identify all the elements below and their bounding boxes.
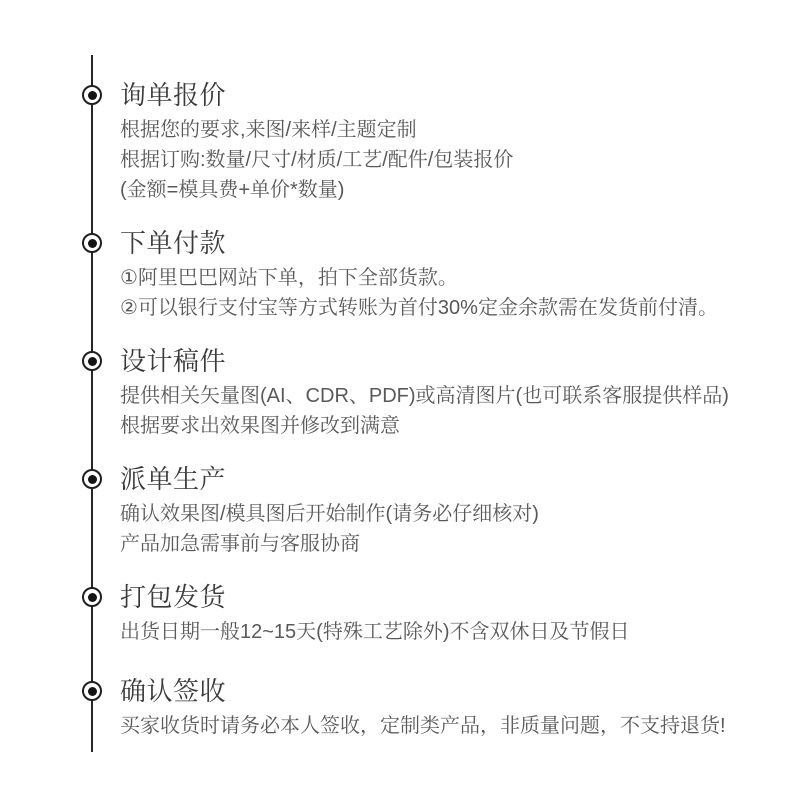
- bullet-dot-icon: [88, 91, 97, 100]
- step-description-line: 出货日期一般12~15天(特殊工艺除外)不含双休日及节假日: [120, 617, 800, 647]
- timeline-bullet-icon: [82, 469, 102, 489]
- bullet-dot-icon: [88, 593, 97, 602]
- step-description-line: ②可以银行支付宝等方式转账为首付30%定金余款需在发货前付清。: [120, 293, 800, 323]
- step-description-line: 根据您的要求,来图/来样/主题定制: [120, 115, 800, 145]
- step-title: 打包发货: [120, 581, 800, 613]
- order-process-page: 询单报价 根据您的要求,来图/来样/主题定制 根据订购:数量/尺寸/材质/工艺/…: [0, 0, 800, 800]
- step-order-payment: 下单付款 ①阿里巴巴网站下单，拍下全部货款。 ②可以银行支付宝等方式转账为首付3…: [0, 227, 800, 323]
- timeline-bullet-icon: [82, 587, 102, 607]
- timeline-bullet-icon: [82, 233, 102, 253]
- step-description-line: (金额=模具费+单价*数量): [120, 175, 800, 205]
- step-inquiry-quote: 询单报价 根据您的要求,来图/来样/主题定制 根据订购:数量/尺寸/材质/工艺/…: [0, 79, 800, 205]
- step-title: 设计稿件: [120, 345, 800, 377]
- step-title: 派单生产: [120, 463, 800, 495]
- step-title: 确认签收: [120, 675, 800, 707]
- bullet-dot-icon: [88, 475, 97, 484]
- step-design-draft: 设计稿件 提供相关矢量图(AI、CDR、PDF)或高清图片(也可联系客服提供样品…: [0, 345, 800, 441]
- step-description-line: 产品加急需事前与客服协商: [120, 529, 800, 559]
- bullet-dot-icon: [88, 357, 97, 366]
- bullet-dot-icon: [88, 687, 97, 696]
- bullet-dot-icon: [88, 239, 97, 248]
- step-description-line: 根据要求出效果图并修改到满意: [120, 411, 800, 441]
- timeline-bullet-icon: [82, 85, 102, 105]
- timeline-bullet-icon: [82, 351, 102, 371]
- step-description-line: ①阿里巴巴网站下单，拍下全部货款。: [120, 263, 800, 293]
- step-description-line: 确认效果图/模具图后开始制作(请务必仔细核对): [120, 499, 800, 529]
- step-title: 下单付款: [120, 227, 800, 259]
- step-description-line: 根据订购:数量/尺寸/材质/工艺/配件/包装报价: [120, 145, 800, 175]
- timeline-bullet-icon: [82, 681, 102, 701]
- step-description-line: 买家收货时请务必本人签收，定制类产品，非质量问题，不支持退货!: [120, 711, 800, 741]
- step-title: 询单报价: [120, 79, 800, 111]
- step-pack-ship: 打包发货 出货日期一般12~15天(特殊工艺除外)不含双休日及节假日: [0, 581, 800, 647]
- step-dispatch-production: 派单生产 确认效果图/模具图后开始制作(请务必仔细核对) 产品加急需事前与客服协…: [0, 463, 800, 559]
- step-confirm-receipt: 确认签收 买家收货时请务必本人签收，定制类产品，非质量问题，不支持退货!: [0, 675, 800, 741]
- step-description-line: 提供相关矢量图(AI、CDR、PDF)或高清图片(也可联系客服提供样品): [120, 381, 800, 411]
- timeline: 询单报价 根据您的要求,来图/来样/主题定制 根据订购:数量/尺寸/材质/工艺/…: [0, 0, 800, 800]
